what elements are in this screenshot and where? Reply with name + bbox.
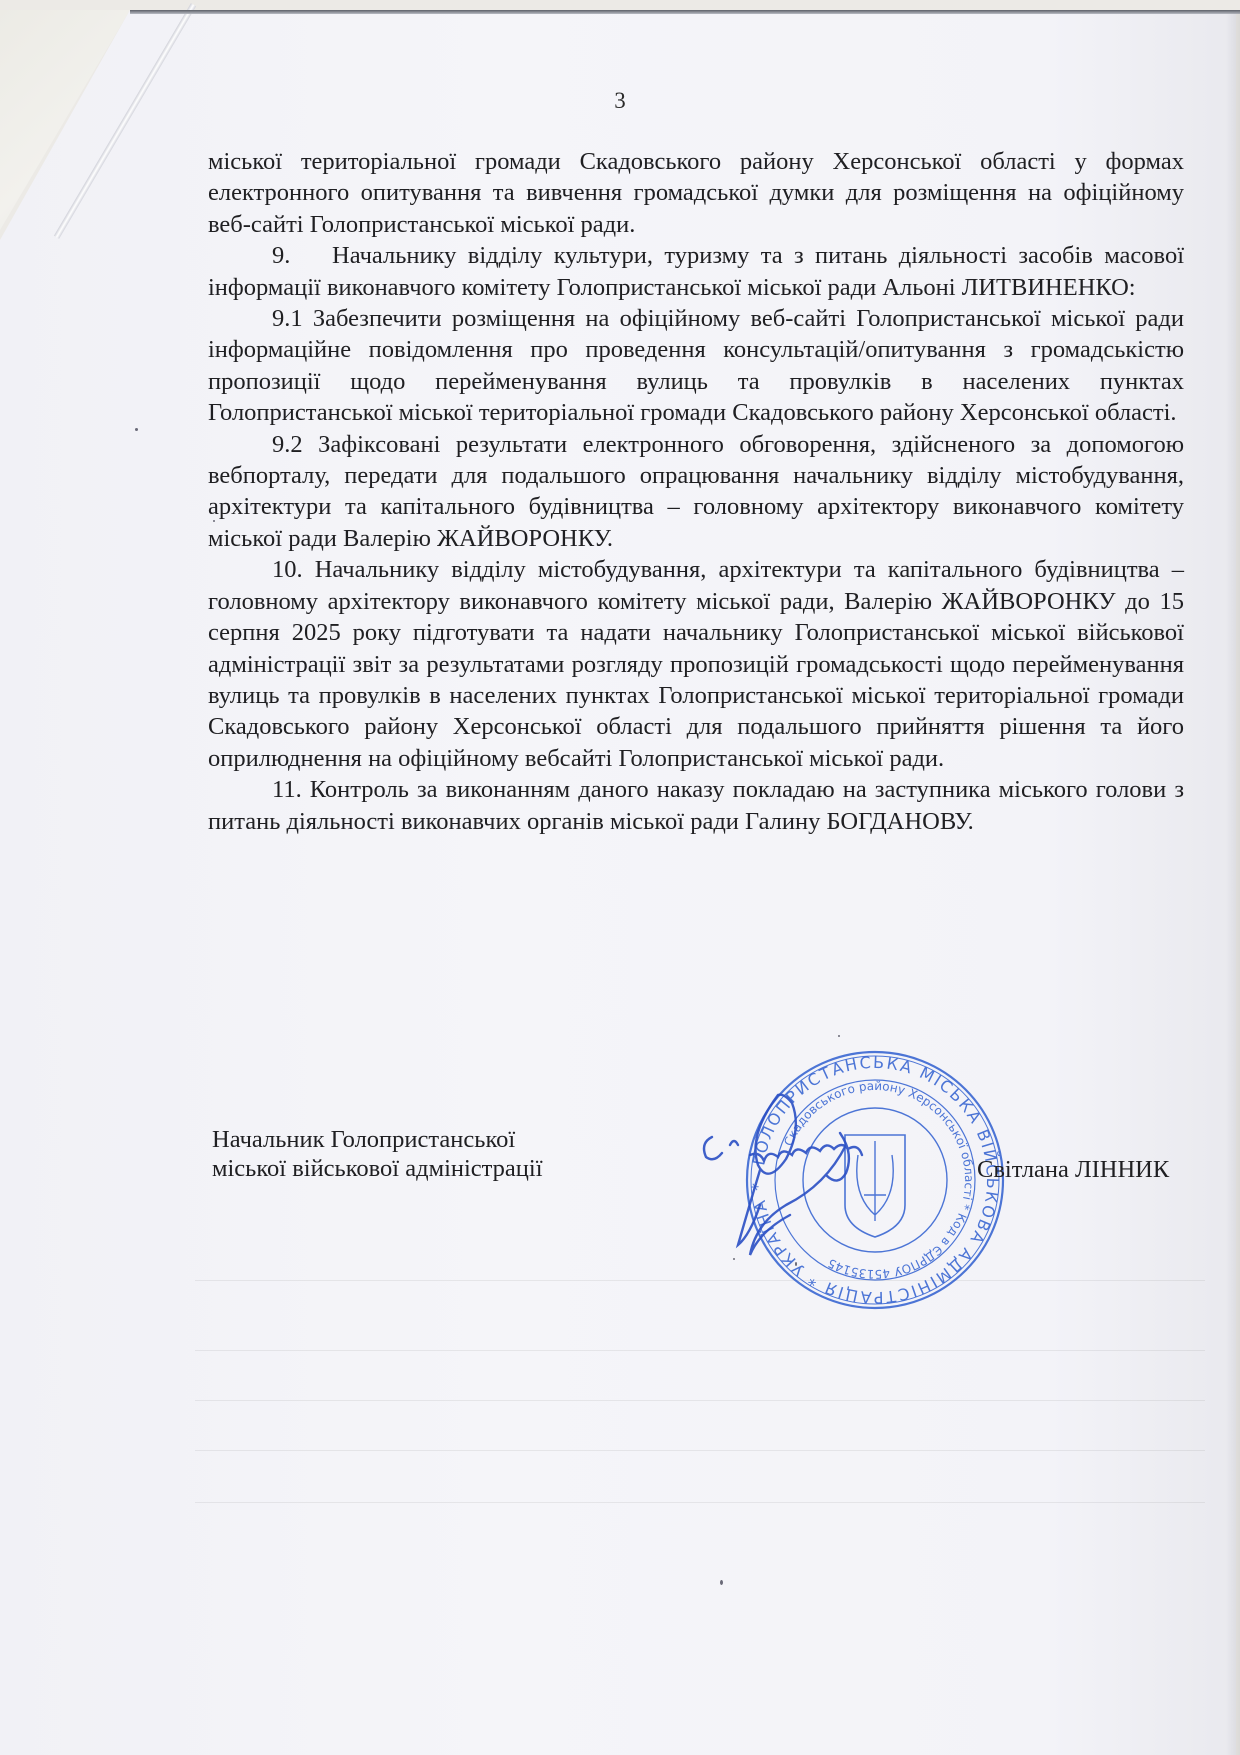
paragraph-item-9-2: 9.2 Зафіксовані результати електронного …: [208, 429, 1184, 555]
scan-speck: [795, 1262, 797, 1266]
document-body: міської територіальної громади Скадовськ…: [208, 146, 1184, 837]
scan-speck: [135, 428, 138, 431]
paragraph-item-10: 10. Начальнику відділу містобудування, а…: [208, 554, 1184, 774]
page-right-edge: [1226, 10, 1240, 1755]
paragraph-item-9-1: 9.1 Забезпечити розміщення на офіційному…: [208, 303, 1184, 429]
scan-speck: [838, 1035, 840, 1037]
position-line-2: міської військової адміністрації: [212, 1154, 543, 1183]
signatory-name: Світлана ЛІННИК: [977, 1155, 1169, 1184]
signatory-position: Начальник Голопристанської міської війсь…: [212, 1125, 543, 1183]
page-number: 3: [0, 88, 1240, 114]
bleed-through-table: [195, 1240, 1205, 1510]
item-number: 9.: [272, 240, 332, 271]
page-top-edge: [130, 10, 1240, 14]
handwritten-signature: [690, 1075, 900, 1265]
scan-speck: [720, 1580, 723, 1585]
scan-speck: [213, 520, 215, 522]
scan-speck: [733, 1258, 735, 1260]
paragraph-item-11: 11. Контроль за виконанням даного наказу…: [208, 774, 1184, 837]
item-9-text: Начальнику відділу культури, туризму та …: [208, 242, 1184, 300]
position-line-1: Начальник Голопристанської: [212, 1125, 543, 1154]
paragraph-item-9: 9.Начальнику відділу культури, туризму т…: [208, 240, 1184, 303]
paragraph-continuation: міської територіальної громади Скадовськ…: [208, 146, 1184, 240]
